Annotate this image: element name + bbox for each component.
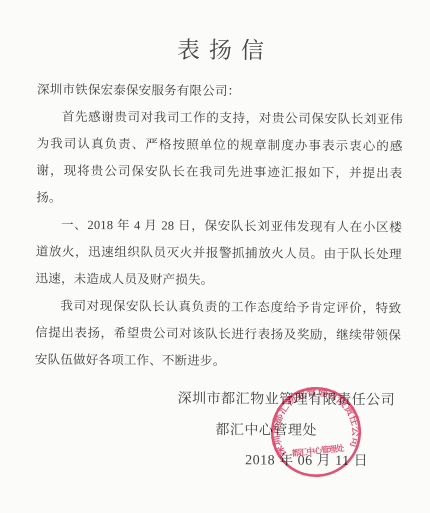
salutation-line: 深圳市铁保宏泰保安服务有限公司： (37, 77, 403, 107)
letter-content: 表扬信 深圳市铁保宏泰保安服务有限公司： 首先感谢贵司对我司工作的支持，对贵公司… (35, 29, 404, 377)
letter-title: 表扬信 (37, 35, 403, 68)
signature-company: 深圳市都汇物业管理有限责任公司 (178, 390, 396, 412)
letter-page: 表扬信 深圳市铁保宏泰保安服务有限公司： 首先感谢贵司对我司工作的支持，对贵公司… (0, 0, 430, 513)
paragraph-incident: 一、2018 年 4 月 28 日，保安队长刘亚伟发现有人在小区楼道放火，迅速组… (35, 212, 402, 296)
paragraph-commendation: 我司对现保安队长认真负责的工作态度给予肯定评价，特致信提出表扬，希望贵公司对该队… (35, 293, 402, 377)
signature-date: 2018 年 06 月 11 日 (245, 451, 368, 472)
paragraph-intro: 首先感谢贵司对我司工作的支持，对贵公司保安队长刘亚伟为我司认真负责、严格按照单位… (36, 104, 403, 215)
signature-department: 都汇中心管理处 (215, 421, 317, 442)
